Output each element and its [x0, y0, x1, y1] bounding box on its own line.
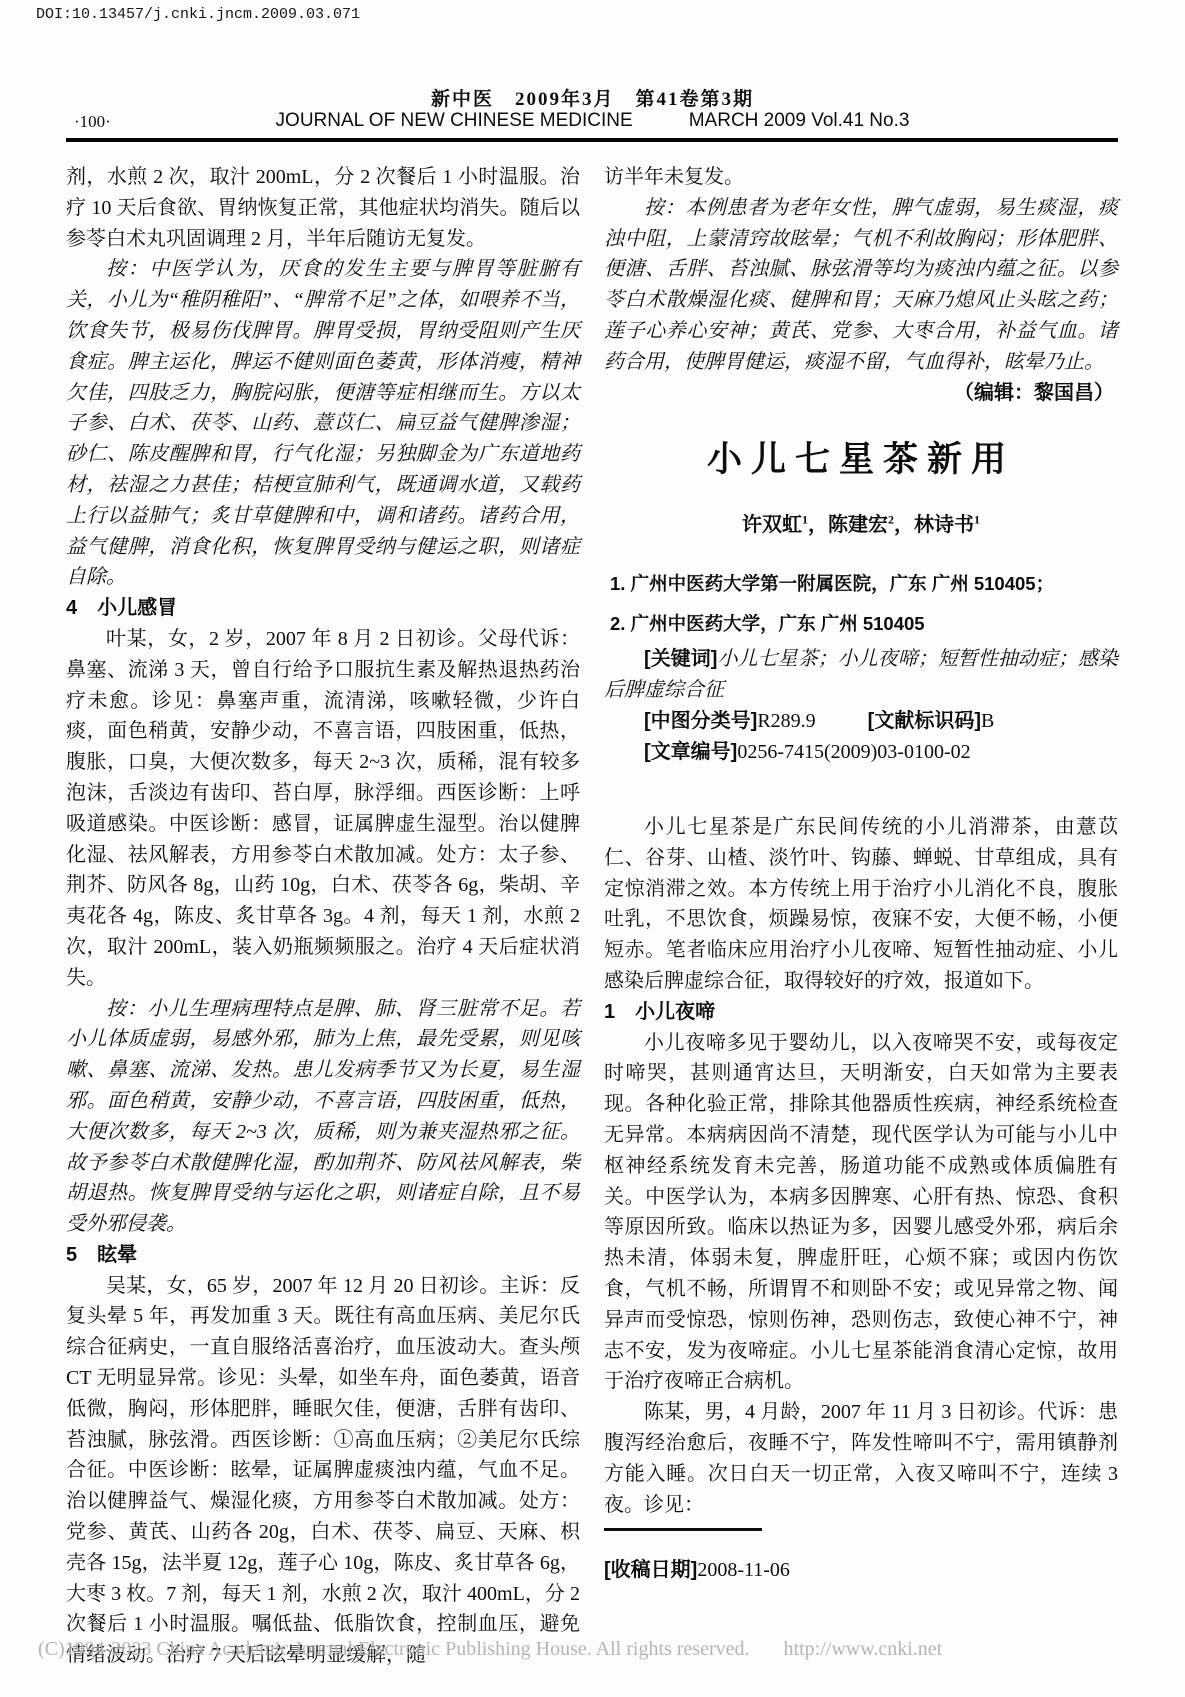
paragraph-case-ganmao: 叶某，女，2 岁，2007 年 8 月 2 日初诊。父母代诉：鼻塞、流涕 3 天…: [66, 624, 580, 994]
clc-label: [中图分类号]: [644, 710, 757, 732]
doc-code: B: [981, 710, 994, 732]
spacer: [604, 768, 1118, 812]
cnki-url: http://www.cnki.net: [784, 1638, 943, 1660]
received-date-line: [收稿日期]2008-11-06: [604, 1555, 1118, 1586]
article-affiliations: 1. 广州中医药大学第一附属医院，广东 广州 510405； 2. 广州中医药大…: [604, 564, 1118, 644]
paragraph-case-treatment-cont: 剂，水煎 2 次，取汁 200mL，分 2 次餐后 1 小时温服。治疗 10 天…: [66, 162, 580, 254]
paragraph-note-xuanyun: 按：本例患者为老年女性，脾气虚弱，易生痰湿，痰浊中阻，上蒙清窍故眩晕；气机不利故…: [604, 193, 1118, 378]
author-separator: ，: [894, 514, 914, 536]
paragraph-yeti-case: 陈某，男，4 月龄，2007 年 11 月 3 日初诊。代诉：患腹泻经治愈后，夜…: [604, 1397, 1118, 1520]
author-separator: ，: [808, 514, 828, 536]
right-column: 访半年未复发。 按：本例患者为老年女性，脾气虚弱，易生痰湿，痰浊中阻，上蒙清窍故…: [604, 162, 1118, 1586]
article-no: 0256-7415(2009)03-0100-02: [737, 741, 970, 763]
article-title: 小儿七星茶新用: [604, 438, 1118, 482]
paragraph-case-xuanyun: 吴某，女，65 岁，2007 年 12 月 20 日初诊。主诉：反复头晕 5 年…: [66, 1271, 580, 1671]
paragraph-yeti-overview: 小儿夜啼多见于婴幼儿，以入夜啼哭不安，或每夜定时啼哭，甚则通宵达旦，天明渐安，白…: [604, 1028, 1118, 1398]
cnki-copyright-footer: (C)1994-2023 China Academic Journal Elec…: [38, 1638, 1148, 1661]
journal-header-row: ·100· JOURNAL OF NEW CHINESE MEDICINEMAR…: [0, 110, 1185, 136]
editor-credit: （编辑：黎国昌）: [604, 378, 1118, 409]
paragraph-article-intro: 小儿七星茶是广东民间传统的小儿消滞茶，由薏苡仁、谷芽、山楂、淡竹叶、钩藤、蝉蜕、…: [604, 812, 1118, 997]
clc-number: R289.9: [757, 710, 815, 732]
journal-issue-en: MARCH 2009 Vol.41 No.3: [689, 110, 910, 131]
doc-code-label: [文献标识码]: [868, 710, 981, 732]
article-authors: 许双虹1，陈建宏2，林诗书1: [604, 504, 1118, 540]
received-date: 2008-11-06: [697, 1559, 790, 1581]
journal-header-cn: 新中医 2009年3月 第41卷第3期: [0, 84, 1185, 111]
doi-text: DOI:10.13457/j.cnki.jncm.2009.03.071: [36, 6, 360, 23]
header-rule: [66, 138, 1118, 142]
received-date-label: [收稿日期]: [604, 1559, 697, 1581]
author-1: 许双虹1，: [742, 514, 828, 536]
left-column: 剂，水煎 2 次，取汁 200mL，分 2 次餐后 1 小时温服。治疗 10 天…: [66, 162, 580, 1671]
article-no-line: [文章编号]0256-7415(2009)03-0100-02: [604, 737, 1118, 768]
affiliation-2: 2. 广州中医药大学，广东 广州 510405: [610, 604, 1118, 644]
journal-page: DOI:10.13457/j.cnki.jncm.2009.03.071 新中医…: [0, 0, 1185, 1697]
paragraph-xuanyun-cont: 访半年未复发。: [604, 162, 1118, 193]
paragraph-note-ganmao: 按：小儿生理病理特点是脾、肺、肾三脏常不足。若小儿体质虚弱，易感外邪，肺为上焦，…: [66, 994, 580, 1240]
copyright-text: (C)1994-2023 China Academic Journal Elec…: [38, 1638, 750, 1660]
keywords-line: [关键词]小儿七星茶；小儿夜啼；短暂性抽动症；感染后脾虚综合征: [604, 644, 1118, 706]
author-2: 陈建宏2，: [828, 514, 914, 536]
page-number: ·100·: [74, 112, 111, 132]
section-heading-4-ganmao: 4 小儿感冒: [66, 593, 580, 624]
keywords-label: [关键词]: [644, 648, 717, 670]
section-heading-5-xuanyun: 5 眩晕: [66, 1240, 580, 1271]
affiliation-1: 1. 广州中医药大学第一附属医院，广东 广州 510405；: [610, 564, 1118, 604]
received-date-rule: [604, 1528, 762, 1531]
clc-line: [中图分类号]R289.9[文献标识码]B: [604, 706, 1118, 737]
article-meta: [关键词]小儿七星茶；小儿夜啼；短暂性抽动症；感染后脾虚综合征 [中图分类号]R…: [604, 644, 1118, 768]
author-3-affil-mark: 1: [974, 512, 980, 526]
paragraph-note-anorexia: 按：中医学认为，厌食的发生主要与脾胃等脏腑有关，小儿为“稚阴稚阳”、“脾常不足”…: [66, 254, 580, 593]
author-3: 林诗书1: [914, 514, 980, 536]
article-no-label: [文章编号]: [644, 741, 737, 763]
journal-header-en: JOURNAL OF NEW CHINESE MEDICINEMARCH 200…: [0, 110, 1185, 132]
journal-title-en: JOURNAL OF NEW CHINESE MEDICINE: [276, 110, 633, 131]
section-heading-1-yeti: 1 小儿夜啼: [604, 997, 1118, 1028]
